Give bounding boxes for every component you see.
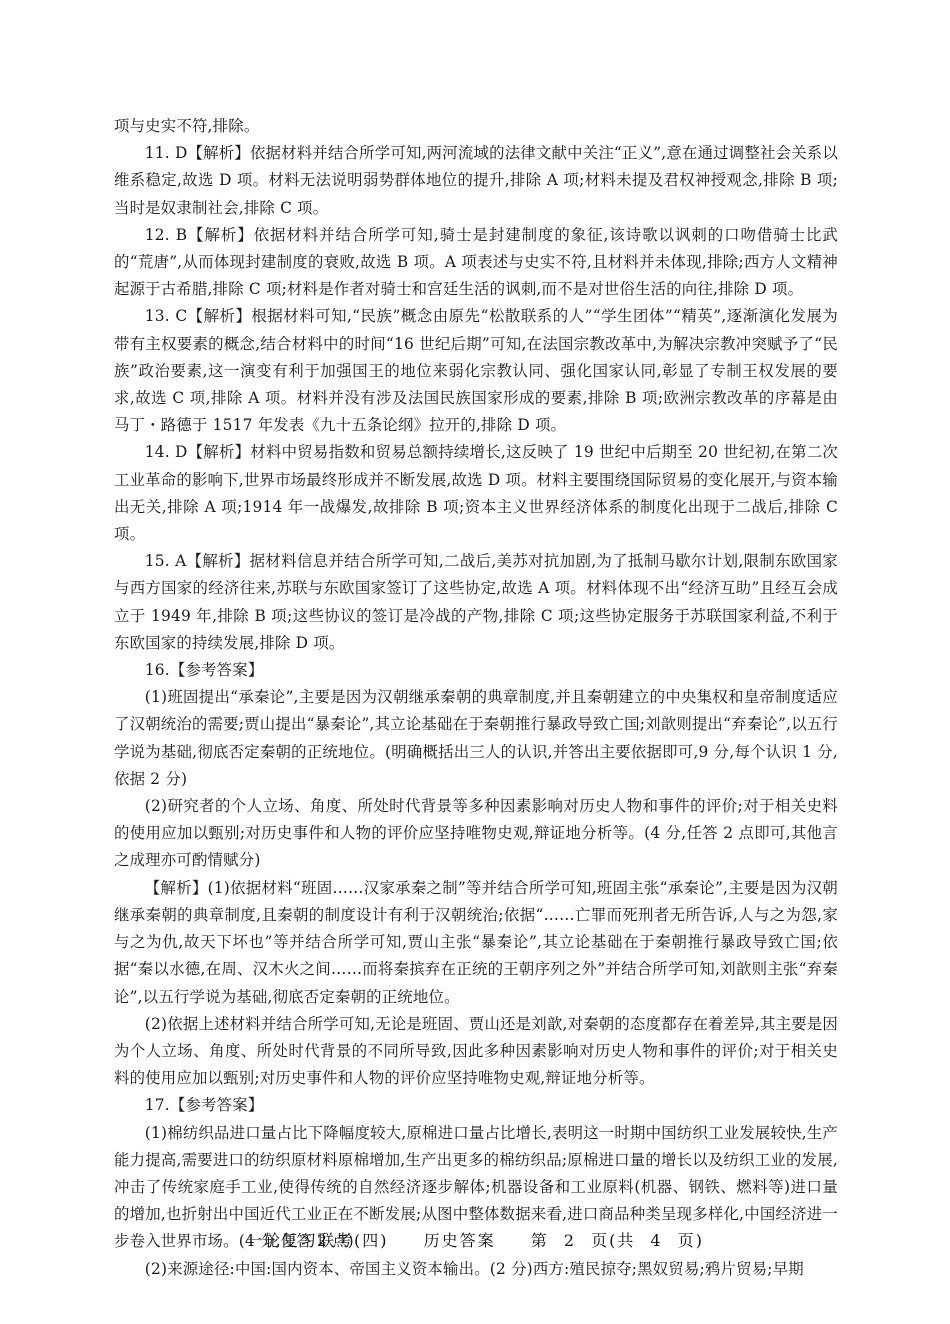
answer-q13: 13. C【解析】根据材料可知,“民族”概念由原先“松散联系的人”“学生团体”“… [114,303,838,439]
q16-analysis-part1: 【解析】(1)依据材料“班固……汉家承秦之制”等并结合所学可知,班固主张“承秦论… [114,875,838,1011]
q17-answer-part2: (2)来源途径:中国:国内资本、帝国主义资本输出。(2 分)西方:殖民掠夺;黑奴… [114,1256,838,1283]
q16-analysis-part2: (2)依据上述材料并结合所学可知,无论是班固、贾山还是刘歆,对秦朝的态度都存在着… [114,1011,838,1093]
answer-key-body: 项与史实不符,排除。 11. D【解析】依据材料并结合所学可知,两河流域的法律文… [114,113,838,1283]
q17-heading: 17.【参考答案】 [114,1092,838,1119]
paragraph-continued: 项与史实不符,排除。 [114,113,838,140]
answer-q14: 14. D【解析】材料中贸易指数和贸易总额持续增长,这反映了 19 世纪中后期至… [114,439,838,548]
page-footer: 一轮复习联考(四) 历史答案 第 2 页(共 4 页) [0,1228,950,1251]
answer-q15: 15. A【解析】据材料信息并结合所学可知,二战后,美苏对抗加剧,为了抵制马歇尔… [114,548,838,657]
answer-q11: 11. D【解析】依据材料并结合所学可知,两河流域的法律文献中关注“正义”,意在… [114,140,838,222]
footer-page-number: 第 2 页(共 4 页) [531,1231,704,1250]
q16-heading: 16.【参考答案】 [114,657,838,684]
q16-answer-part2: (2)研究者的个人立场、角度、所处时代背景等多种因素影响对历史人物和事件的评价;… [114,793,838,875]
answer-q12: 12. B【解析】依据材料并结合所学可知,骑士是封建制度的象征,该诗歌以讽刺的口… [114,222,838,304]
q16-answer-part1: (1)班固提出“承秦论”,主要是因为汉朝继承秦朝的典章制度,并且秦朝建立的中央集… [114,684,838,793]
footer-exam-title: 一轮复习联考(四) [246,1231,389,1250]
footer-subject: 历史答案 [424,1231,496,1250]
